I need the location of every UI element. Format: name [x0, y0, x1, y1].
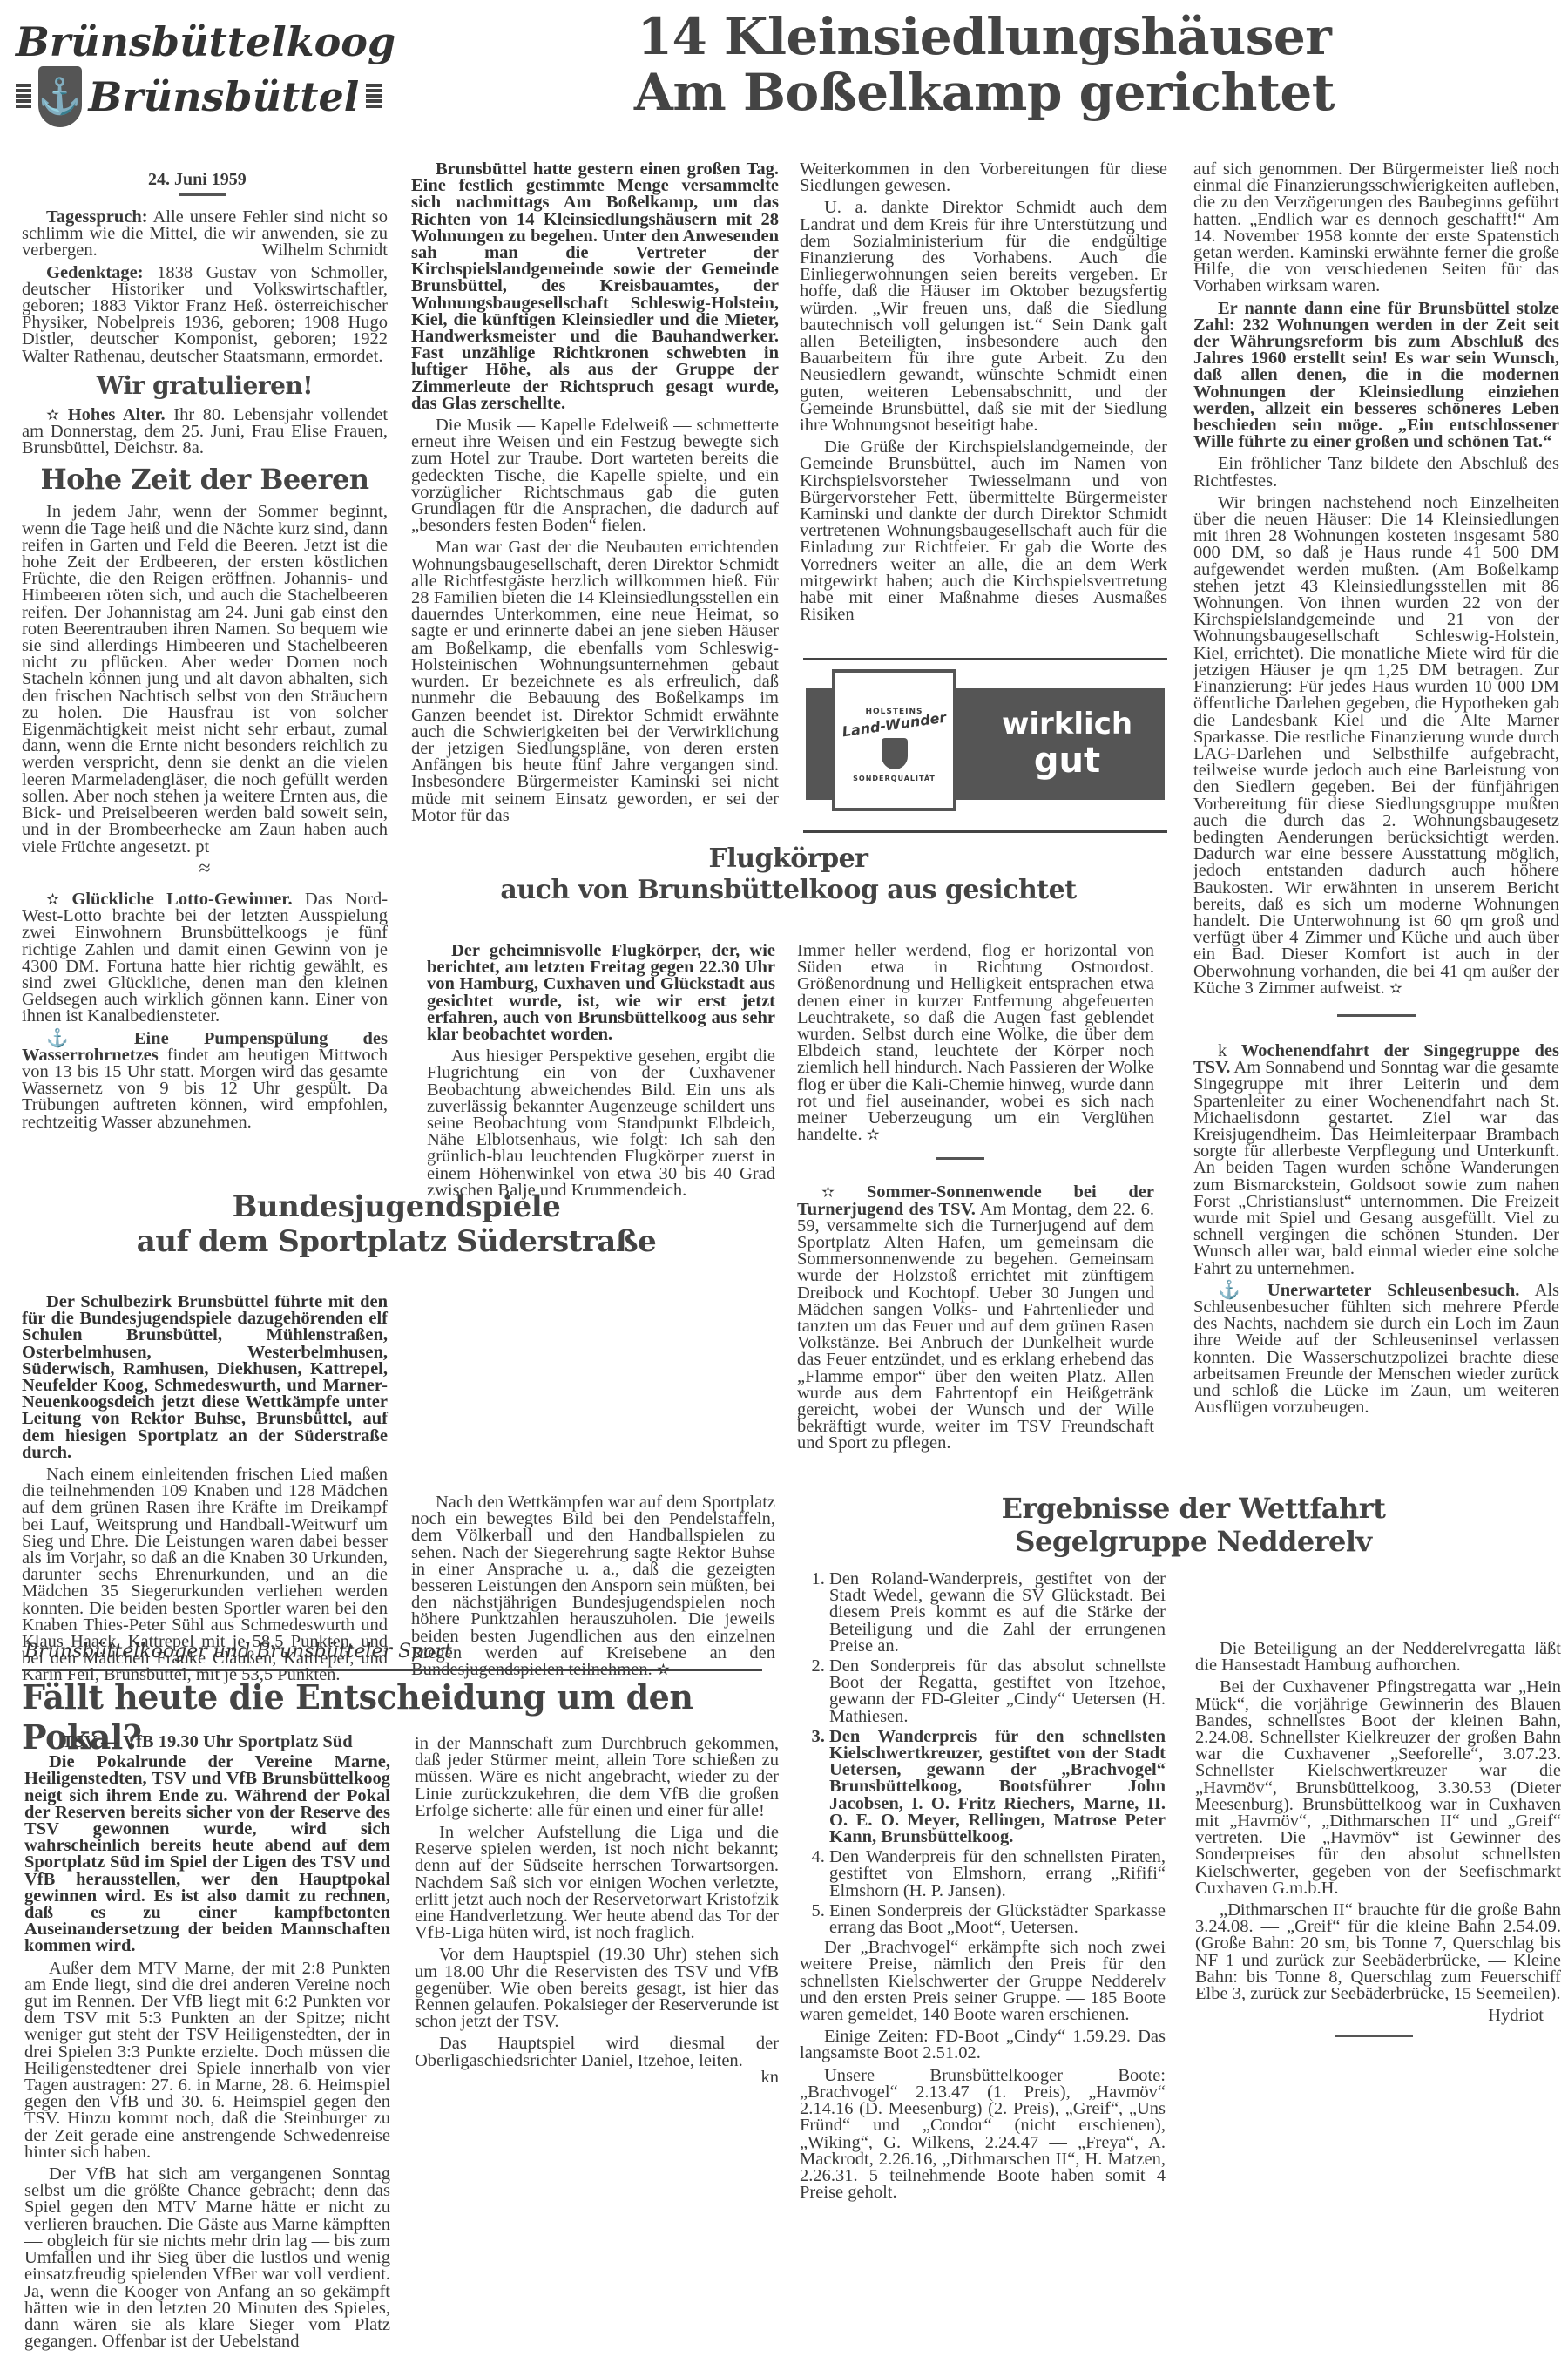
masthead-title-1: Brünsbüttelkoog: [16, 17, 382, 66]
coat-of-arms-icon: ⚓: [38, 66, 82, 127]
beeren-heading: Hohe Zeit der Beeren: [22, 462, 388, 497]
ad-rule-bottom: [803, 830, 1167, 833]
product-box: HOLSTEINS Land-Wunder SONDERQUALITÄT: [832, 669, 956, 811]
list-item: Einen Sonderpreis der Glückstädter Spark…: [829, 1903, 1166, 1936]
singegruppe-item: k Wochenendfahrt der Singegruppe des TSV…: [1193, 1043, 1559, 1277]
sport-subhead: TSV — VfB 19.30 Uhr Sportplatz Süd: [24, 1734, 390, 1751]
bundesjugendspiele-col-1: Der Schulbezirk Brunsbüttel führte mit d…: [22, 1294, 388, 1690]
section-divider: [1337, 1014, 1416, 1017]
hohes-alter: ✫ Hohes Alter. Ihr 80. Lebensjahr vollen…: [22, 407, 388, 457]
sport-col-1: TSV — VfB 19.30 Uhr Sportplatz Süd Die P…: [24, 1734, 390, 2355]
ad-slogan: wirklich gut: [980, 706, 1154, 779]
sport-kicker: Brunsbüttelkooger und Brunsbütteler Spor…: [24, 1641, 452, 1663]
beeren-text: In jedem Jahr, wenn der Sommer beginnt, …: [22, 504, 388, 855]
author-signature: Hydriot: [1195, 2008, 1561, 2024]
wave-divider-icon: ≈: [22, 861, 388, 877]
segeln-col-1: Den Roland-Wanderpreis, gestiftet von de…: [800, 1571, 1166, 2206]
date-divider: [179, 193, 226, 196]
star-icon: ✫: [867, 1126, 880, 1143]
ad-rule-top: [803, 658, 1167, 660]
main-headline: 14 Kleinsiedlungshäuser Am Boßelkamp ger…: [401, 9, 1568, 120]
main-article-col-3: auf sich genommen. Der Bürgermeister lie…: [1193, 161, 1559, 1421]
lotto-item: ✫ Glückliche Lotto-Gewinner. Das Nord-We…: [22, 891, 388, 1026]
main-article-col-2: Weiterkommen in den Vorbereitungen für d…: [800, 161, 1167, 628]
shield-icon: [882, 738, 908, 769]
banner-left-icon: [16, 84, 31, 110]
tagesspruch: Tagesspruch: Alle unsere Fehler sind nic…: [22, 209, 388, 260]
flugkoerper-headline: Flugkörper auch von Brunsbüttelkoog aus …: [409, 843, 1167, 906]
flugkoerper-col-1: Der geheimnisvolle Flugkörper, der, wie …: [427, 943, 775, 1204]
left-column: Tagesspruch: Alle unsere Fehler sind nic…: [22, 209, 388, 1136]
bundesjugendspiele-col-2: Nach den Wettkämpfen war auf dem Sportpl…: [411, 1303, 775, 1683]
star-icon: ✫: [821, 1183, 835, 1201]
sport-col-2: in der Mannschaft zum Durchbruch gekomme…: [415, 1736, 779, 2086]
gedenktage: Gedenktage: 1838 Gustav von Schmoller, d…: [22, 265, 388, 365]
issue-date: 24. Juni 1959: [148, 170, 247, 190]
results-list: Den Roland-Wanderpreis, gestiftet von de…: [800, 1571, 1166, 1936]
masthead-title-2: Brünsbüttel: [89, 72, 360, 121]
advertisement[interactable]: HOLSTEINS Land-Wunder SONDERQUALITÄT wir…: [806, 669, 1165, 807]
flugkoerper-col-2: Immer heller werdend, flog er horizontal…: [797, 943, 1154, 1458]
section-divider: [936, 1157, 984, 1160]
list-item: Den Wanderpreis für den schnellsten Kiel…: [829, 1729, 1166, 1845]
gratulieren-heading: Wir gratulieren!: [22, 370, 388, 402]
main-article-col-1: Brunsbüttel hatte gestern einen großen T…: [411, 161, 779, 830]
pumpe-item: ⚓ Eine Pumpenspülung des Wasserrohrnetze…: [22, 1031, 388, 1131]
bundesjugendspiele-headline: Bundesjugendspiele auf dem Sportplatz Sü…: [17, 1189, 775, 1259]
star-icon: ✫: [1389, 979, 1402, 997]
list-item: Den Sonderpreis für das absolut schnells…: [829, 1658, 1166, 1725]
segeln-headline: Ergebnisse der Wettfahrt Segelgruppe Ned…: [950, 1492, 1437, 1558]
star-icon: ✫: [46, 891, 59, 908]
star-icon: ✫: [46, 406, 59, 423]
banner-right-icon: [366, 84, 382, 110]
section-divider: [1335, 2035, 1413, 2037]
list-item: Den Wanderpreis für den schnellsten Pira…: [829, 1849, 1166, 1900]
segeln-col-2: Die Beteiligung an der Nedderelvregatta …: [1195, 1564, 1561, 2037]
sport-kicker-rule: [22, 1669, 762, 1671]
masthead: Brünsbüttelkoog ⚓ Brünsbüttel: [16, 17, 382, 127]
list-item: Den Roland-Wanderpreis, gestiftet von de…: [829, 1571, 1166, 1655]
schleuse-item: ⚓ Unerwarteter Schleusenbesuch. Als Schl…: [1193, 1283, 1559, 1417]
sonnenwende-item: ✫ Sommer-Sonnenwende bei der Turnerjugen…: [797, 1184, 1154, 1452]
